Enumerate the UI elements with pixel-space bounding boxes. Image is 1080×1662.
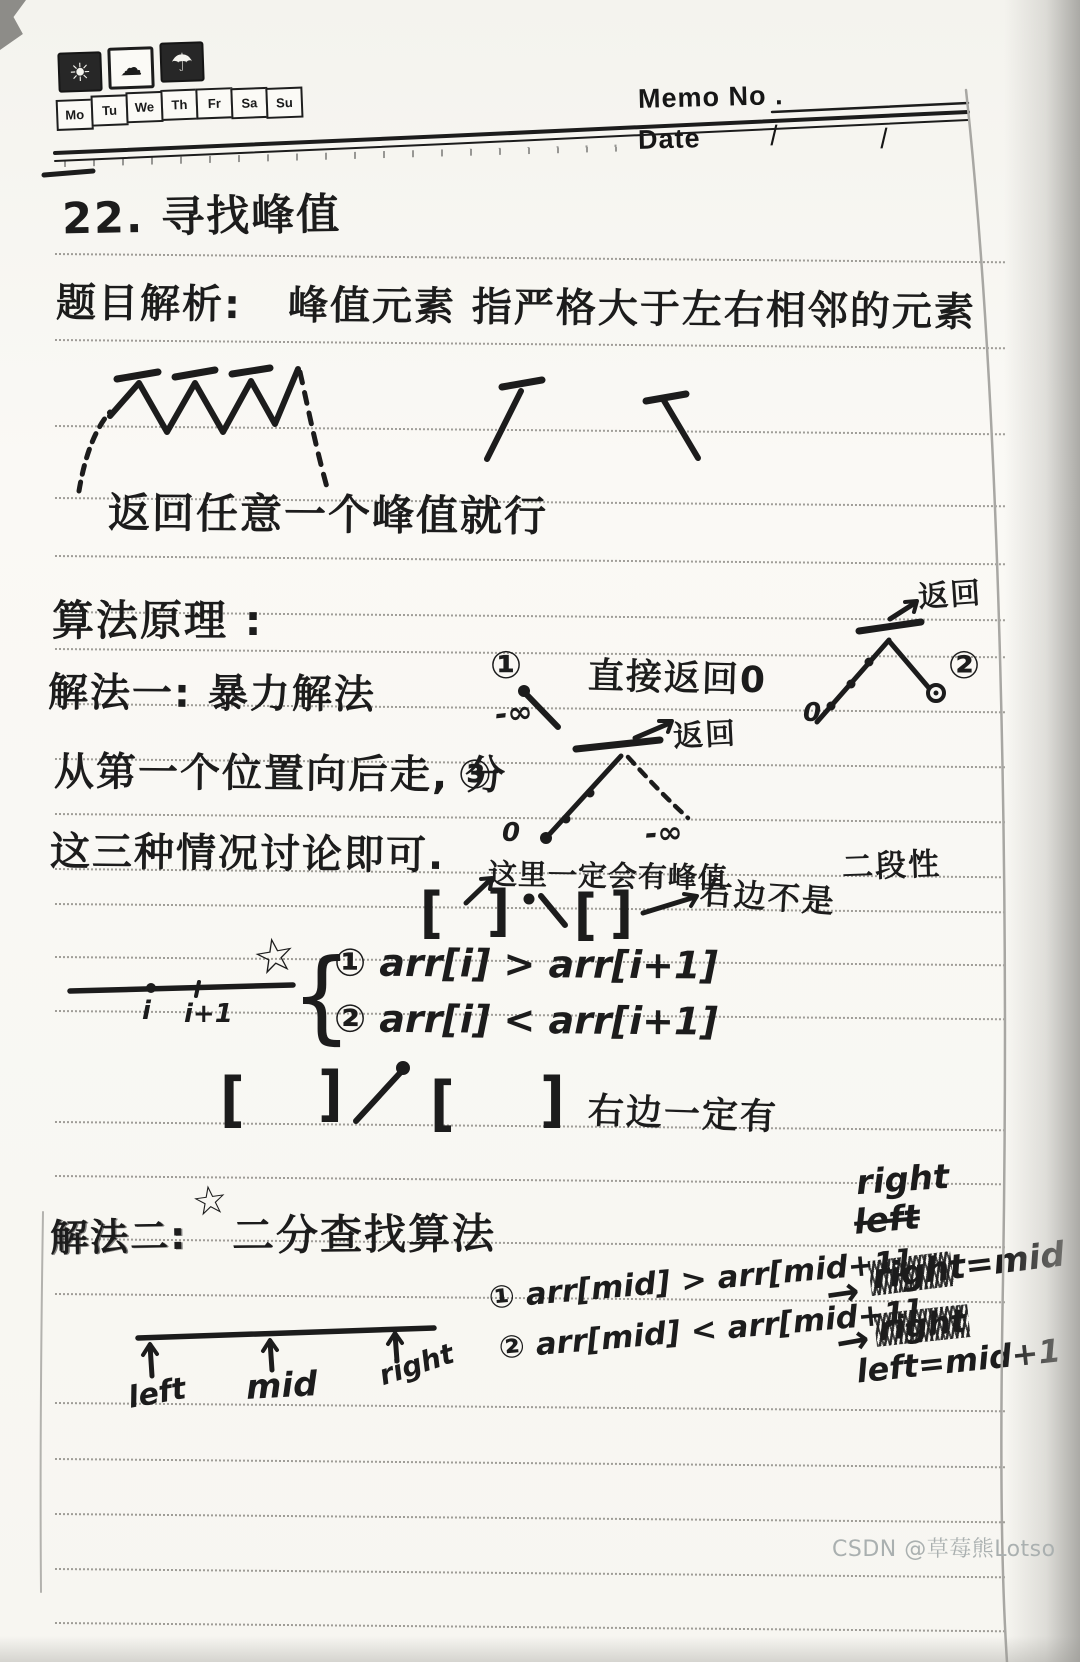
- case3-zero: 0: [502, 818, 520, 848]
- note-title: 22. 寻找峰值: [61, 181, 341, 247]
- rule-line: [55, 1513, 1005, 1523]
- rule-line: [55, 1402, 1005, 1412]
- rule-line: [55, 555, 1005, 565]
- day-th: Th: [160, 89, 198, 121]
- case1-note: 直接返回0: [587, 648, 767, 704]
- interval-row2-sketch: [356, 1061, 410, 1121]
- day-fr: Fr: [195, 87, 233, 119]
- date-slash-2: /: [879, 123, 888, 155]
- analysis-line: 题目解析:峰值元素 指严格大于左右相邻的元素: [56, 271, 976, 338]
- condition-2: ② arr[i] < arr[i+1]: [334, 996, 718, 1043]
- cloud-glyph: ☁: [120, 55, 143, 81]
- bracket-close: ]: [540, 1065, 567, 1134]
- axis-label-right: right: [375, 1337, 458, 1392]
- zigzag-peaks-sketch: [79, 368, 328, 491]
- day-sa: Sa: [230, 87, 268, 119]
- axis-label-mid: mid: [245, 1364, 318, 1408]
- sun-glyph: ☀: [68, 57, 91, 87]
- rule-line: [55, 648, 1005, 658]
- day-su: Su: [265, 87, 303, 119]
- axis-label-i: i: [142, 996, 151, 1026]
- stray-pen-mark: [44, 171, 93, 175]
- bracket-open: [: [430, 1069, 457, 1138]
- bracket-open: [: [574, 883, 599, 947]
- analysis-text: 峰值元素 指严格大于左右相邻的元素: [288, 283, 976, 336]
- case3-return-arrow: [635, 723, 670, 738]
- ruler-ticks: [64, 144, 624, 167]
- case1-number: ①: [490, 643, 524, 687]
- solution2-star: ☆: [189, 1176, 233, 1227]
- single-peak-down-sketch: [646, 394, 698, 458]
- case2-return-arrow: [890, 603, 915, 619]
- memo-page: ☀ ☁ ☂ MoTuWeThFrSaSu Memo No . Date / / …: [0, 0, 1080, 1662]
- page-right-edge-shadow: [1004, 0, 1080, 1662]
- bracket-close: ]: [610, 881, 635, 945]
- umbrella-glyph: ☂: [170, 47, 193, 77]
- day-tu: Tu: [90, 94, 128, 126]
- two-segment-note: 二段性: [841, 838, 942, 886]
- bracket-close: ]: [318, 1059, 345, 1128]
- page-bottom-edge-shadow: [0, 1636, 1080, 1662]
- principle-heading: 算法原理 :: [52, 588, 263, 648]
- memo-no-underline: [772, 103, 968, 112]
- right-not-note: 右边不是: [699, 867, 838, 922]
- solution2-heading-prefix: 解法二:: [50, 1205, 188, 1262]
- return-any-line: 返回任意一个峰值就行: [108, 480, 549, 544]
- rule-line: [55, 425, 1005, 435]
- rule-line: [55, 1568, 1005, 1578]
- margin-note-left-crossed: left: [852, 1197, 921, 1243]
- solution1-heading: 解法一: 暴力解法: [48, 661, 376, 720]
- date-label: Date: [638, 123, 701, 156]
- case3-number: ③: [458, 752, 494, 798]
- axis-label-left: left: [125, 1371, 188, 1416]
- csdn-watermark: CSDN @草莓熊Lotso: [832, 1532, 1056, 1563]
- case3-neg-infinity: -∞: [644, 815, 684, 853]
- date-slash-1: /: [769, 120, 778, 152]
- solution2-heading: 二分查找算法: [232, 1201, 497, 1263]
- memo-no-label: Memo No .: [638, 80, 784, 115]
- case2-return-label: 返回: [917, 568, 984, 616]
- rule-line: [55, 1121, 1005, 1131]
- rule-line: [55, 1458, 1005, 1468]
- day-mo: Mo: [56, 99, 94, 131]
- bracket-open: [: [420, 881, 445, 945]
- analysis-label: 题目解析:: [56, 280, 242, 328]
- axis-label-i-plus-1: i+1: [184, 999, 233, 1029]
- day-we: We: [125, 91, 163, 123]
- rule-line: [55, 903, 1005, 913]
- solution1-line2: 这三种情况讨论即可.: [50, 820, 446, 881]
- bracket-close: ]: [487, 879, 512, 943]
- photo-corner-artifact: [0, 0, 26, 50]
- right-must-note: 右边一定有: [587, 1083, 779, 1141]
- scratched-word: righ: [870, 1249, 951, 1298]
- case1-neg-infinity: -∞: [493, 694, 534, 733]
- single-peak-up-sketch: [487, 380, 542, 459]
- margin-note-right: right: [855, 1157, 951, 1203]
- partly-cloudy-icon: ☁: [107, 46, 154, 90]
- case2-number: ②: [948, 643, 982, 687]
- sun-icon: ☀: [57, 51, 102, 93]
- condition-1: ① arr[i] > arr[i+1]: [334, 940, 718, 987]
- bracket-open: [: [220, 1065, 247, 1134]
- case3-return-label: 返回: [672, 708, 738, 755]
- solution1-line1: 从第一个位置向后走, 分: [54, 740, 508, 801]
- rule-line: [55, 1622, 1005, 1632]
- rule-line: [55, 253, 1005, 263]
- case2-zero: 0: [803, 698, 821, 728]
- umbrella-icon: ☂: [159, 41, 204, 83]
- peak-exists-note: 这里一定会有峰值: [488, 852, 729, 897]
- rule-line: [55, 339, 1005, 349]
